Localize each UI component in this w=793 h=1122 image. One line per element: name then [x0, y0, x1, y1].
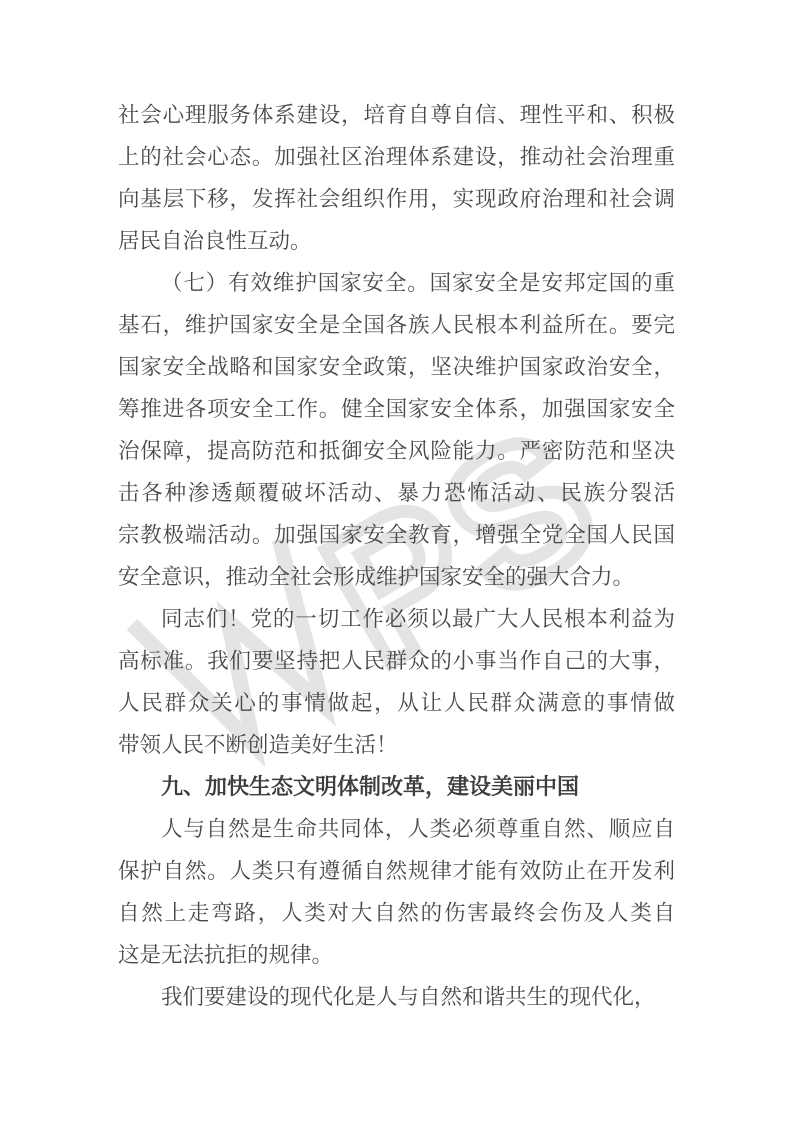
- paragraph: 人与自然是生命共同体，人类必须尊重自然、顺应自然、 保护自然。人类只有遵循自然规…: [118, 808, 675, 976]
- text-line: 居民自治良性互动。: [118, 220, 675, 262]
- text-line: 宗教极端活动。加强国家安全教育，增强全党全国人民国家: [118, 514, 675, 556]
- text-line: 人民群众关心的事情做起，从让人民群众满意的事情做起，: [118, 682, 675, 724]
- section-heading: 九、加快生态文明体制改革，建设美丽中国: [118, 766, 675, 808]
- text-line: 击各种渗透颠覆破坏活动、暴力恐怖活动、民族分裂活动、: [118, 472, 675, 514]
- text-line: 向基层下移，发挥社会组织作用，实现政府治理和社会调节、: [118, 178, 675, 220]
- paragraph: 我们要建设的现代化是人与自然和谐共生的现代化，既: [118, 976, 675, 1018]
- text-line: 高标准。我们要坚持把人民群众的小事当作自己的大事，从: [118, 640, 675, 682]
- paragraph: 社会心理服务体系建设，培育自尊自信、理性平和、积极向 上的社会心态。加强社区治理…: [118, 94, 675, 262]
- text-line: 筹推进各项安全工作。健全国家安全体系，加强国家安全法: [118, 388, 675, 430]
- paragraph: 同志们！党的一切工作必须以最广大人民根本利益为最 高标准。我们要坚持把人民群众的…: [118, 598, 675, 766]
- text-line: 自然上走弯路，人类对大自然的伤害最终会伤及人类自身，: [118, 892, 675, 934]
- text-line: 安全意识，推动全社会形成维护国家安全的强大合力。: [118, 556, 675, 598]
- text-line: 基石，维护国家安全是全国各族人民根本利益所在。要完善: [118, 304, 675, 346]
- text-line: 我们要建设的现代化是人与自然和谐共生的现代化，既: [118, 976, 675, 1018]
- document-page: PS 社会心理服务体系建设，培育自尊自信、理性平和、积极向 上的社会心态。加强社…: [0, 0, 793, 1122]
- text-line: 这是无法抗拒的规律。: [118, 934, 675, 976]
- text-line: 同志们！党的一切工作必须以最广大人民根本利益为最: [118, 598, 675, 640]
- text-line: 保护自然。人类只有遵循自然规律才能有效防止在开发利用: [118, 850, 675, 892]
- text-line: 上的社会心态。加强社区治理体系建设，推动社会治理重心: [118, 136, 675, 178]
- text-line: 人与自然是生命共同体，人类必须尊重自然、顺应自然、: [118, 808, 675, 850]
- text-line: 带领人民不断创造美好生活！: [118, 724, 675, 766]
- text-line: （七）有效维护国家安全。国家安全是安邦定国的重要: [118, 262, 675, 304]
- text-line: 国家安全战略和国家安全政策，坚决维护国家政治安全，统: [118, 346, 675, 388]
- document-content: 社会心理服务体系建设，培育自尊自信、理性平和、积极向 上的社会心态。加强社区治理…: [118, 94, 675, 1018]
- text-line: 治保障，提高防范和抵御安全风险能力。严密防范和坚决打: [118, 430, 675, 472]
- text-line: 社会心理服务体系建设，培育自尊自信、理性平和、积极向: [118, 94, 675, 136]
- paragraph: （七）有效维护国家安全。国家安全是安邦定国的重要 基石，维护国家安全是全国各族人…: [118, 262, 675, 598]
